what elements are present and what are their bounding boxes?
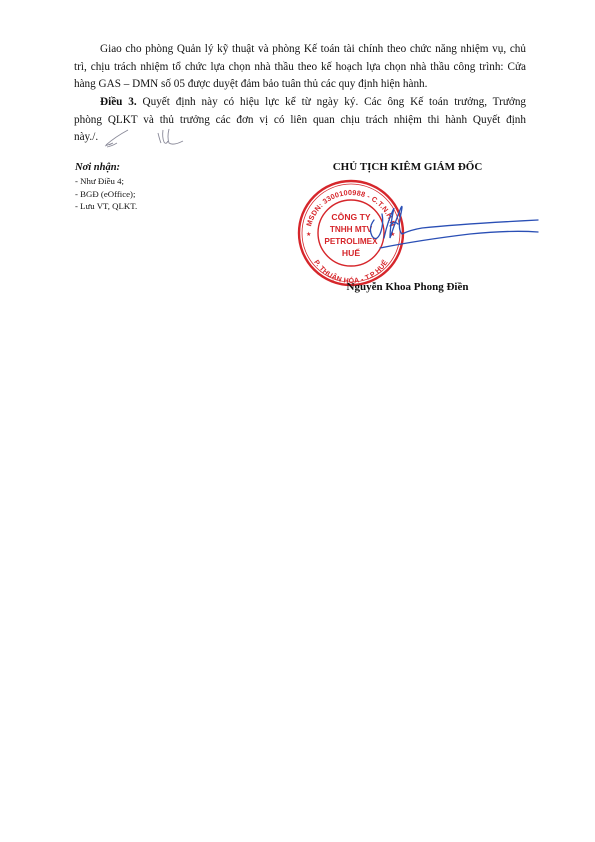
seal-line: HUẾ [342, 248, 360, 258]
text-line: phòng QLKT và thủ trưởng các đơn vị có l… [74, 112, 526, 130]
handwritten-initial-icon [155, 127, 187, 149]
paragraph-article-3: Điều 3. Quyết định này có hiệu lực kể từ… [74, 94, 526, 147]
paragraph-assignment: Giao cho phòng Quản lý kỹ thuật và phòng… [74, 41, 526, 94]
text-line: Giao cho phòng Quản lý kỹ thuật và phòng… [74, 41, 526, 59]
signer-title: CHỦ TỊCH KIÊM GIÁM ĐỐC [305, 161, 510, 173]
signer-name: Nguyễn Khoa Phong Điền [305, 281, 510, 293]
svg-text:★: ★ [306, 231, 311, 238]
article-text: Quyết định này có hiệu lực kể từ ngày ký… [137, 96, 526, 108]
handwritten-signature-icon [360, 190, 540, 260]
recipient-item: - Như Điều 4; [75, 175, 137, 188]
text-line: này./. [74, 129, 526, 147]
recipient-item: - Lưu VT, QLKT. [75, 200, 137, 213]
recipients-heading: Nơi nhận: [75, 161, 137, 175]
text-line: hàng GAS – DMN số 05 được duyệt đảm bảo … [74, 76, 526, 94]
text-line: Điều 3. Quyết định này có hiệu lực kể từ… [74, 94, 526, 112]
document-page: Giao cho phòng Quản lý kỹ thuật và phòng… [0, 0, 595, 842]
recipients-block: Nơi nhận: - Như Điều 4; - BGĐ (eOffice);… [75, 161, 137, 213]
recipient-item: - BGĐ (eOffice); [75, 188, 137, 201]
text-line: trì, chịu trách nhiệm tổ chức lựa chọn n… [74, 59, 526, 77]
handwritten-initial-icon [103, 127, 133, 149]
article-label: Điều 3. [100, 96, 137, 108]
